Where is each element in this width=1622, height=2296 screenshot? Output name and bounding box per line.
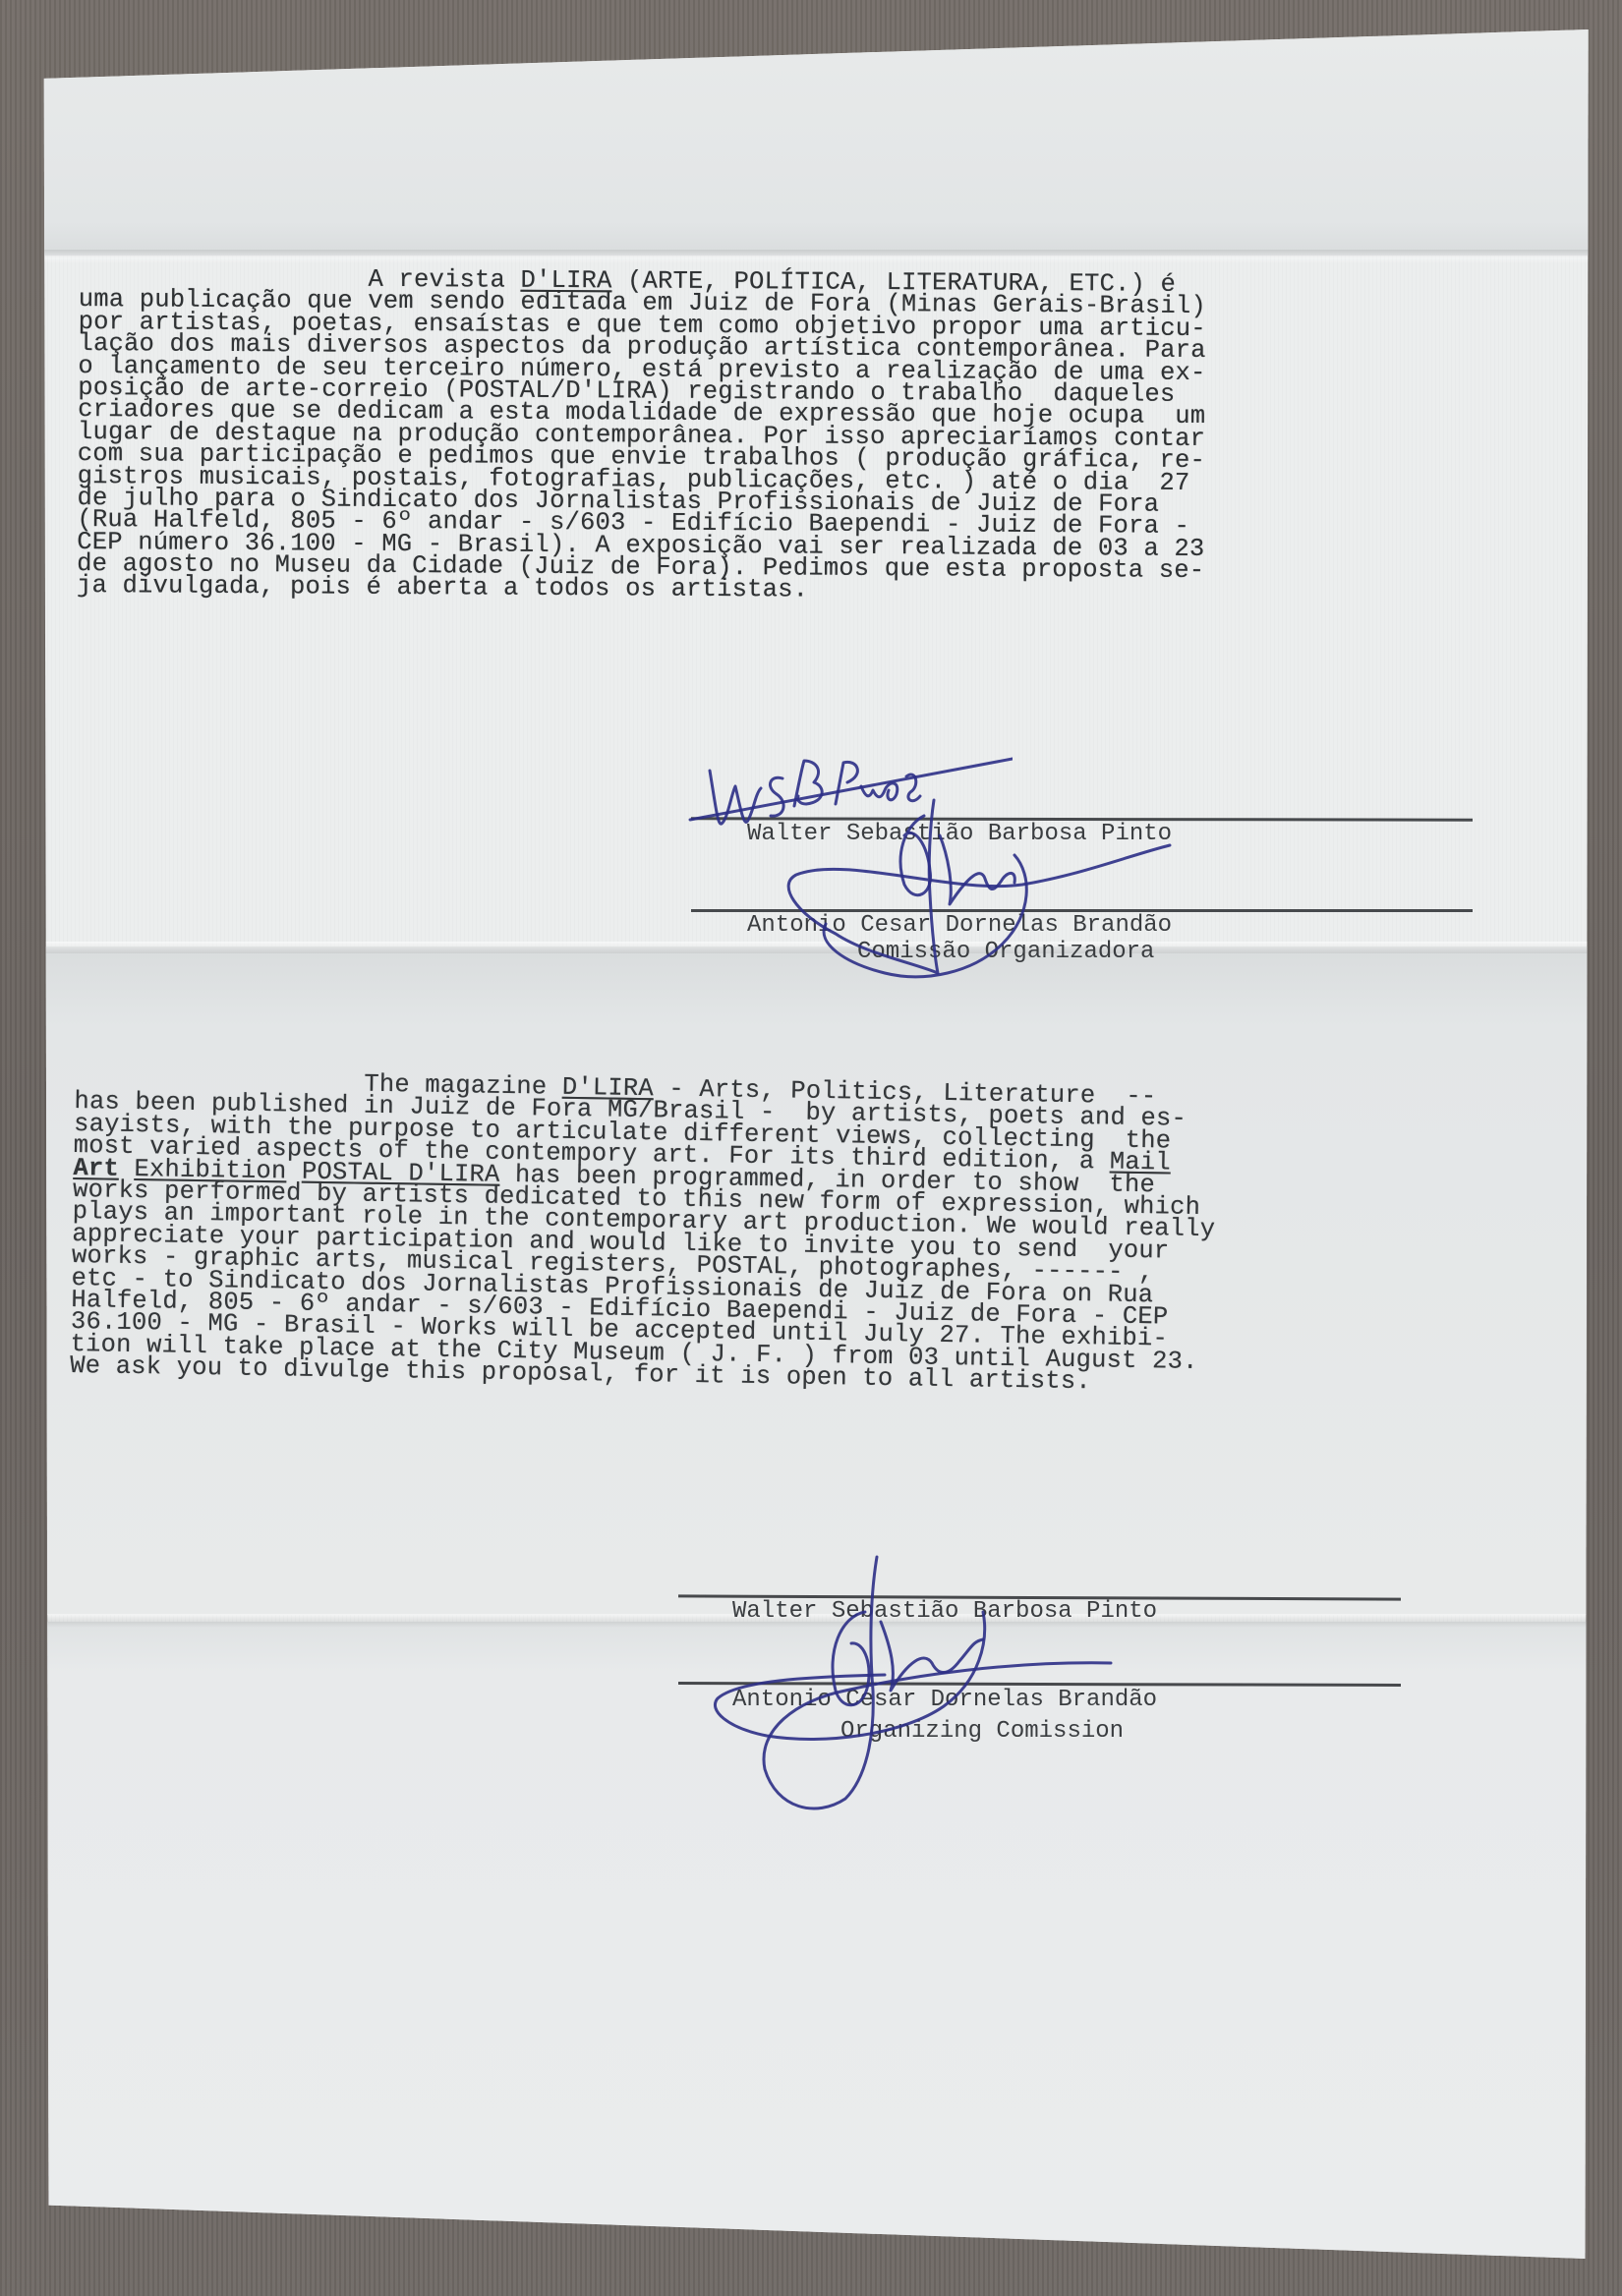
portuguese-paragraph: A revista D'LIRA (ARTE, POLÍTICA, LITERA… [77, 267, 1206, 604]
fold-crease [39, 942, 1594, 953]
fold-crease [39, 250, 1594, 263]
bottom-fold-panel [39, 1622, 1594, 2259]
top-fold-panel [39, 29, 1594, 256]
english-paragraph: The magazine D'LIRA - Arts, Politics, Li… [70, 1069, 1217, 1396]
fold-crease [39, 1614, 1594, 1628]
